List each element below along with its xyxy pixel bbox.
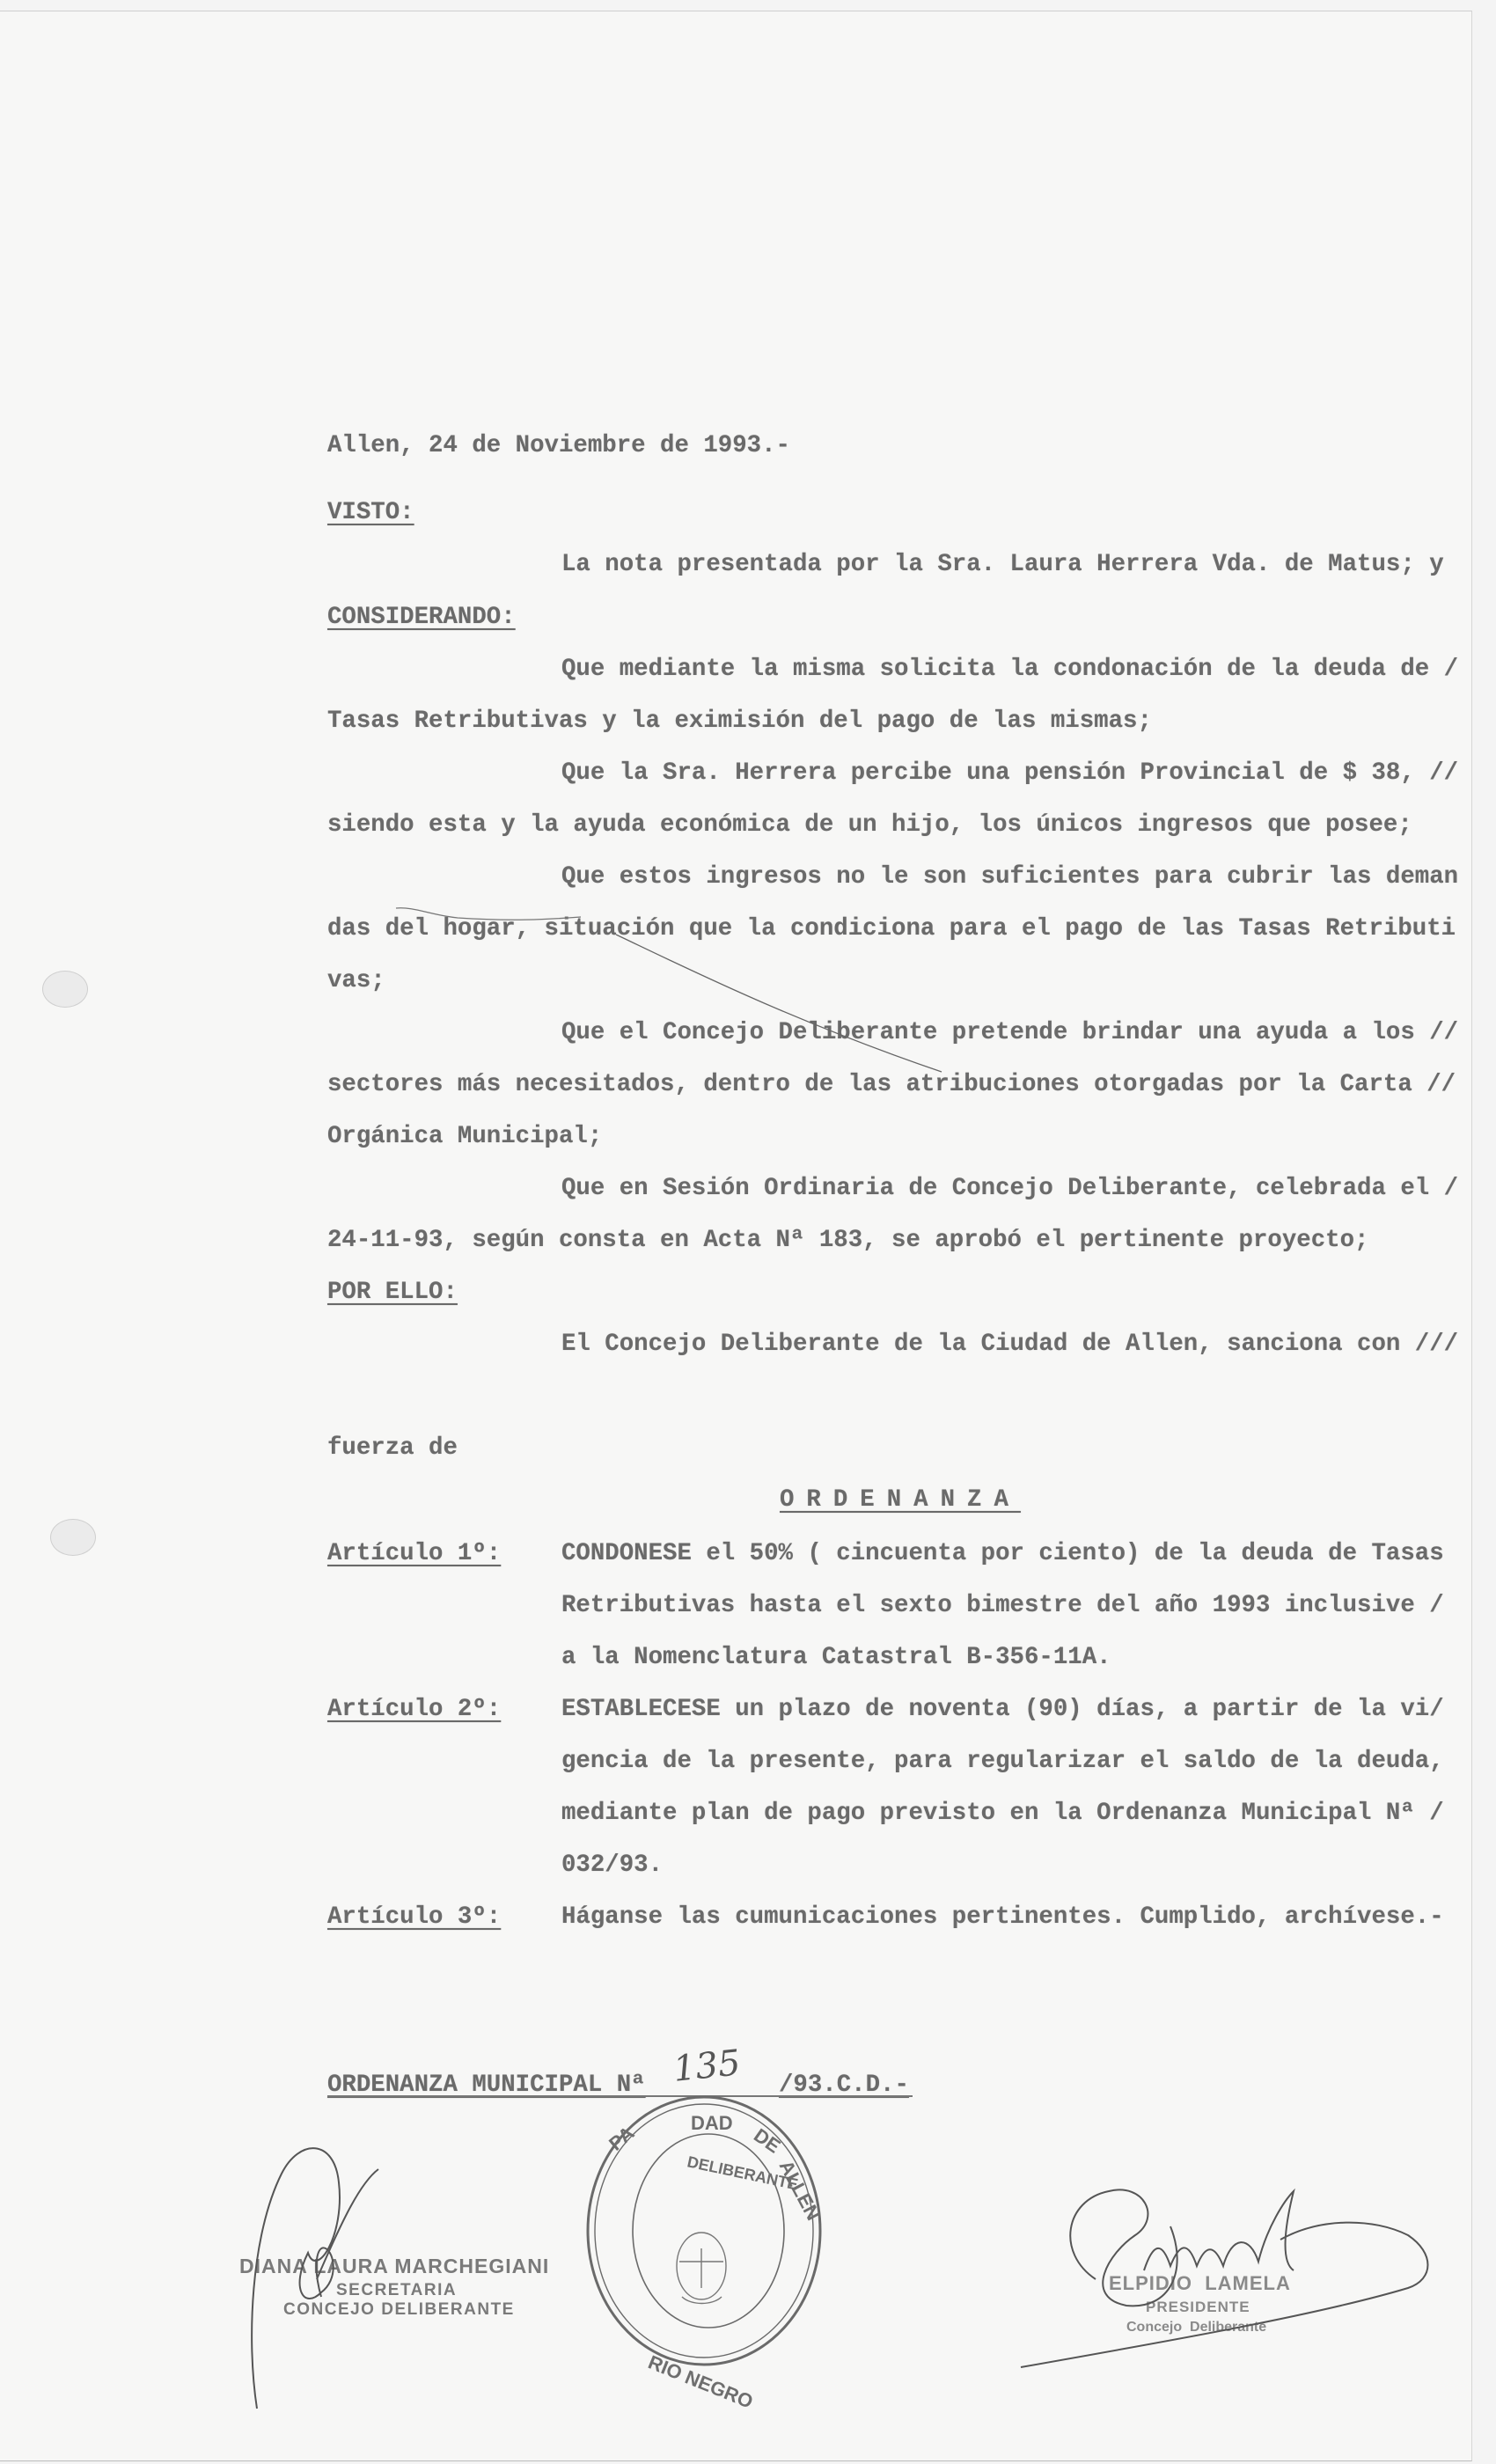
ink-overlay: PA DAD DE ALLEN DELIBERANTE RIO NEGRO: [0, 0, 1496, 2464]
left-signature-icon: [252, 2148, 378, 2409]
right-signature-icon: [1021, 2189, 1428, 2367]
svg-text:RIO NEGRO: RIO NEGRO: [645, 2350, 756, 2412]
pen-stray-mark: [616, 935, 942, 1072]
argentina-coat-of-arms-icon: [677, 2233, 726, 2304]
svg-text:DELIBERANTE: DELIBERANTE: [686, 2152, 799, 2193]
seal-text: PA DAD DE ALLEN DELIBERANTE RIO NEGRO: [605, 2112, 825, 2413]
pen-stray-mark: [396, 908, 581, 920]
svg-text:DAD: DAD: [691, 2112, 733, 2134]
svg-text:PA: PA: [605, 2122, 638, 2155]
